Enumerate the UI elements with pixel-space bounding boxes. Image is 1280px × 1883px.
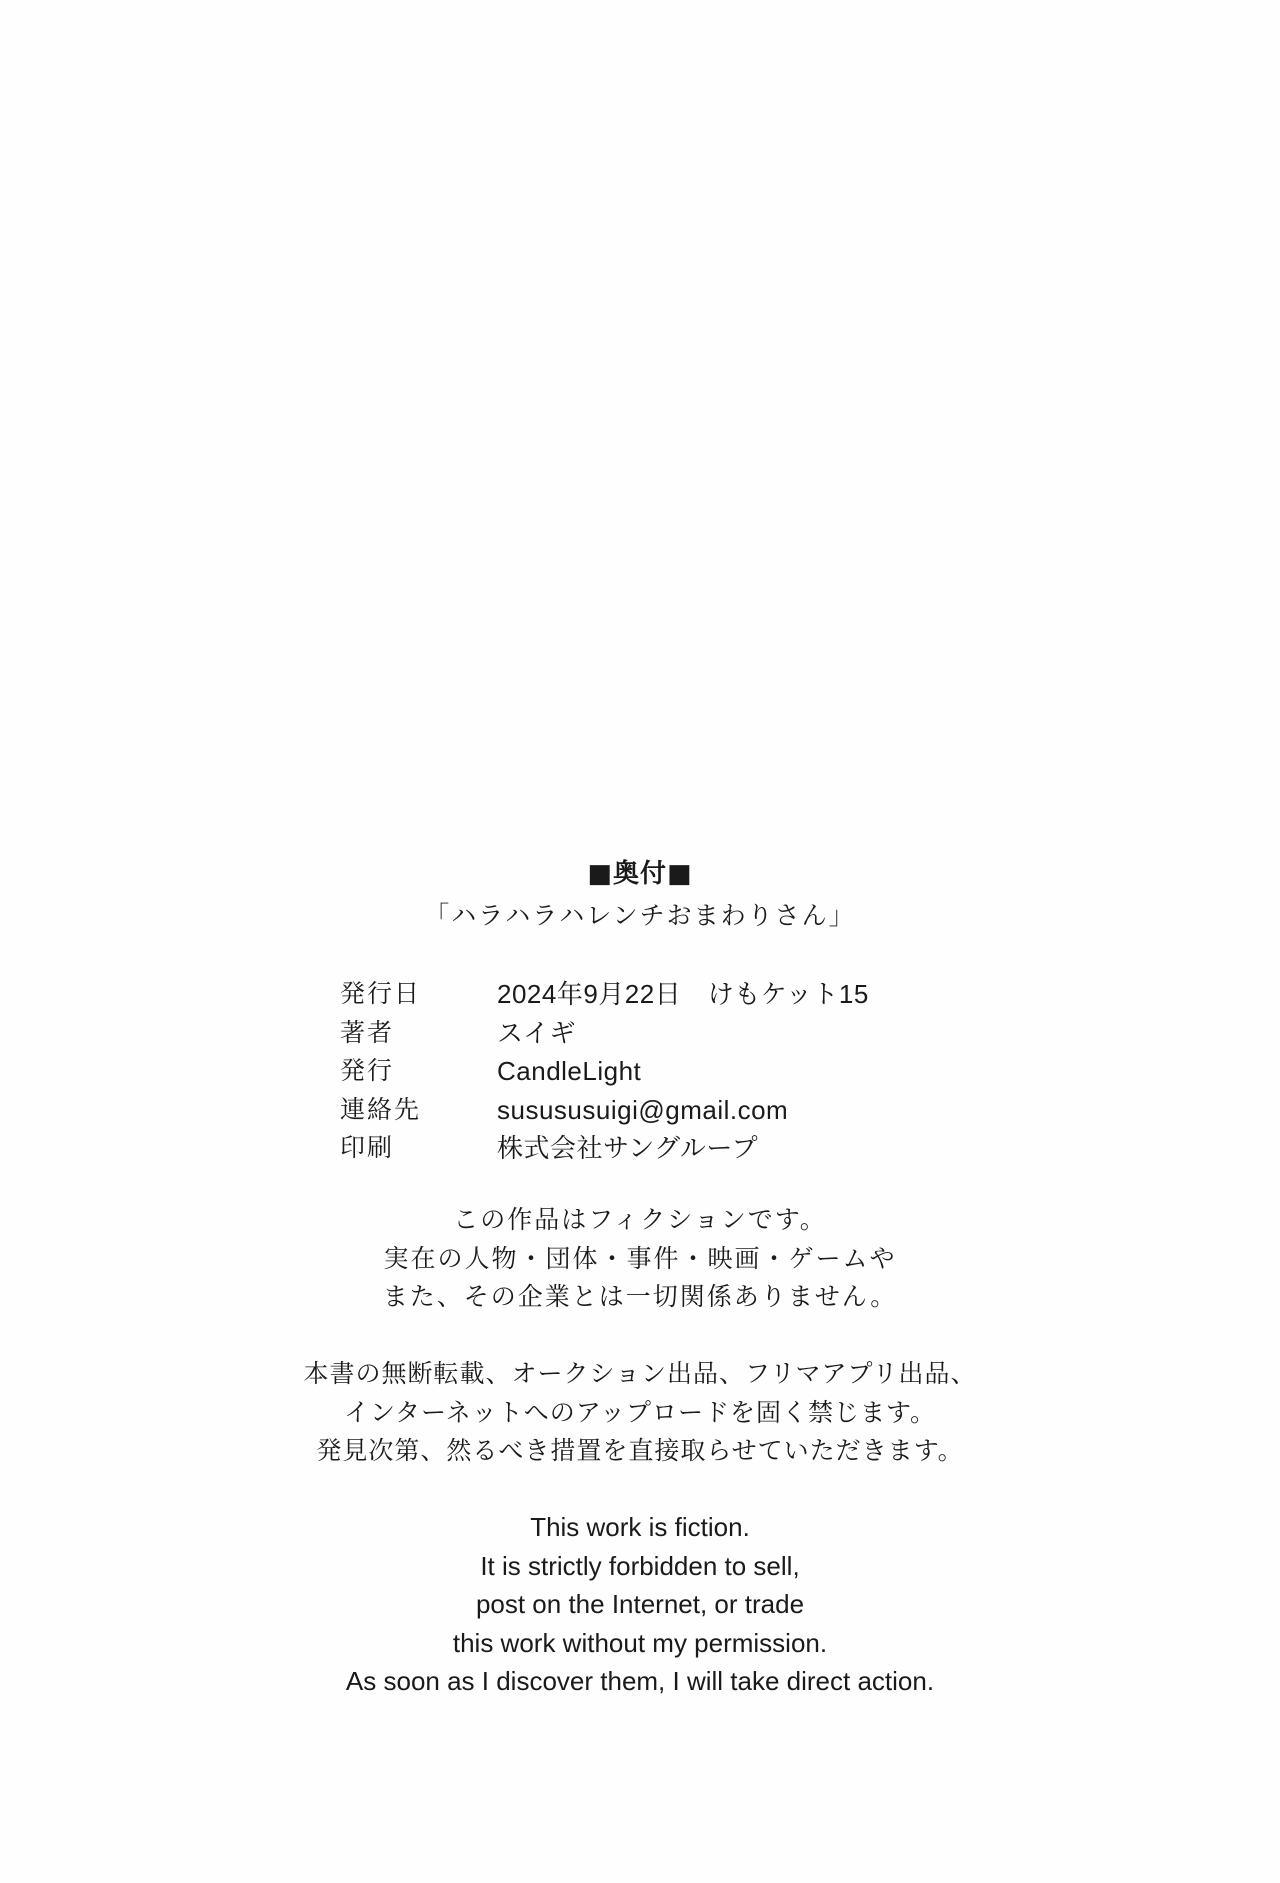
notice-line: It is strictly forbidden to sell,: [0, 1547, 1280, 1586]
warning-line: インターネットへのアップロードを固く禁じます。: [0, 1394, 1280, 1433]
notice-line: this work without my permission.: [0, 1624, 1280, 1663]
disclaimer-line: 実在の人物・団体・事件・映画・ゲームや: [0, 1240, 1280, 1279]
warning-line: 本書の無断転載、オークション出品、フリマアプリ出品、: [0, 1355, 1280, 1394]
info-label: 印刷: [340, 1129, 497, 1168]
info-label: 著者: [340, 1014, 497, 1053]
info-row-author: 著者 スイギ: [340, 1014, 869, 1053]
colophon-page: ■奥付■ 「ハラハラハレンチおまわりさん」 発行日 2024年9月22日 けもケ…: [0, 0, 1280, 1883]
publisher-value: CandleLight: [497, 1052, 641, 1091]
info-row-contact: 連絡先 susususuigi@gmail.com: [340, 1091, 869, 1130]
notice-line: As soon as I discover them, I will take …: [0, 1662, 1280, 1701]
colophon-header: ■奥付■ 「ハラハラハレンチおまわりさん」: [0, 856, 1280, 934]
info-row-publisher: 発行 CandleLight: [340, 1052, 869, 1091]
colophon-heading: ■奥付■: [0, 856, 1280, 892]
fiction-disclaimer-jp: この作品はフィクションです。 実在の人物・団体・事件・映画・ゲームや また、その…: [0, 1201, 1280, 1317]
disclaimer-line: この作品はフィクションです。: [0, 1201, 1280, 1240]
info-row-printer: 印刷 株式会社サングループ: [340, 1129, 869, 1168]
notice-line: This work is fiction.: [0, 1508, 1280, 1547]
contact-email: susususuigi@gmail.com: [497, 1091, 788, 1130]
publish-date-value: 2024年9月22日 けもケット15: [497, 975, 869, 1014]
notice-en: This work is fiction. It is strictly for…: [0, 1508, 1280, 1701]
info-label: 発行: [340, 1052, 497, 1091]
info-label: 連絡先: [340, 1091, 497, 1130]
info-label: 発行日: [340, 975, 497, 1014]
notice-line: post on the Internet, or trade: [0, 1585, 1280, 1624]
reproduction-warning-jp: 本書の無断転載、オークション出品、フリマアプリ出品、 インターネットへのアップロ…: [0, 1355, 1280, 1471]
publication-info: 発行日 2024年9月22日 けもケット15 著者 スイギ 発行 CandleL…: [340, 975, 869, 1168]
author-value: スイギ: [497, 1014, 576, 1053]
printer-value: 株式会社サングループ: [497, 1129, 758, 1168]
warning-line: 発見次第、然るべき措置を直接取らせていただきます。: [0, 1432, 1280, 1471]
info-row-publish-date: 発行日 2024年9月22日 けもケット15: [340, 975, 869, 1014]
book-title: 「ハラハラハレンチおまわりさん」: [0, 898, 1280, 934]
disclaimer-line: また、その企業とは一切関係ありません。: [0, 1278, 1280, 1317]
